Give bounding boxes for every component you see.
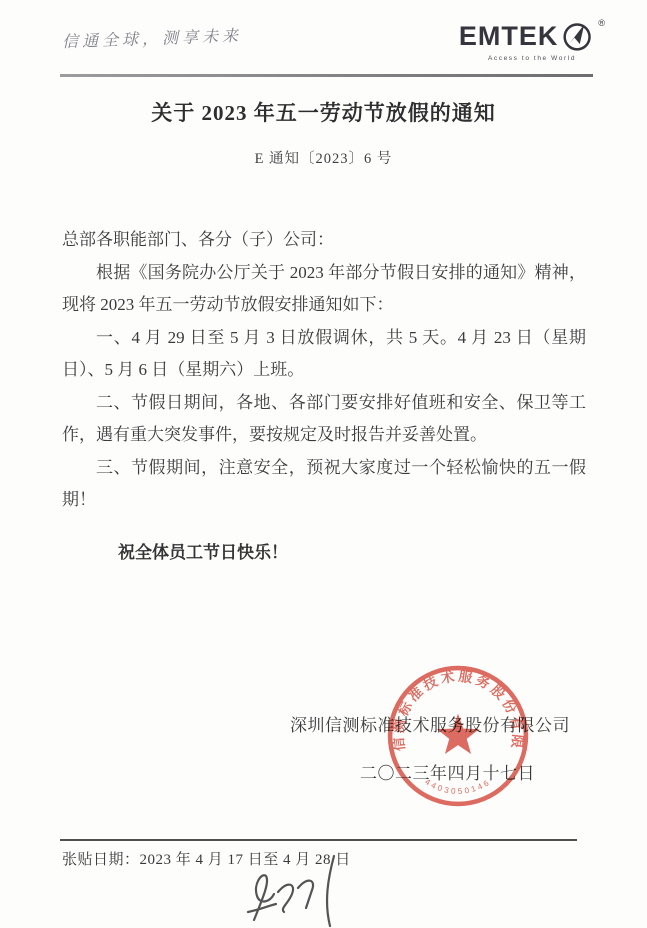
company-seal-stamp: 深圳信测标准技术服务股份有限公司 4403050146 [384, 662, 532, 810]
paragraph-intro: 根据《国务院办公厅关于 2023 年部分节假日安排的通知》精神，现将 2023 … [62, 257, 586, 322]
handwritten-slogan: 信通全球，测享未来 [62, 23, 243, 52]
header-divider [60, 74, 593, 77]
logo-wordmark: EMTEK [459, 23, 559, 50]
globe-check-icon [562, 20, 594, 52]
registered-mark: ® [598, 18, 605, 28]
document-number: E 通知〔2023〕6 号 [0, 147, 647, 168]
notice-page: 信通全球，测享未来 EMTEK ® Access to the World 关于… [0, 0, 647, 928]
seal-code: 4403050146 [423, 777, 492, 796]
notice-body: 总部各职能部门、各分（子）公司： 根据《国务院办公厅关于 2023 年部分节假日… [62, 224, 586, 569]
paragraph-item-3: 三、节假期间，注意安全，预祝大家度过一个轻松愉快的五一假期！ [62, 452, 586, 517]
paragraph-item-2: 二、节假日期间，各地、各部门要安排好值班和安全、保卫等工作，遇有重大突发事件，要… [62, 387, 586, 452]
notice-title: 关于 2023 年五一劳动节放假的通知 [0, 97, 647, 127]
handwritten-signature [236, 854, 356, 928]
logo-tagline: Access to the World [447, 55, 617, 62]
footer-divider [60, 839, 577, 841]
salutation: 总部各职能部门、各分（子）公司： [62, 224, 586, 257]
seal-star-icon [437, 714, 479, 754]
paragraph-item-1: 一、4 月 29 日至 5 月 3 日放假调休，共 5 天。4 月 23 日（星… [62, 322, 586, 387]
emtek-logo: EMTEK ® Access to the World [447, 20, 617, 62]
holiday-wish: 祝全体员工节日快乐！ [62, 537, 586, 570]
